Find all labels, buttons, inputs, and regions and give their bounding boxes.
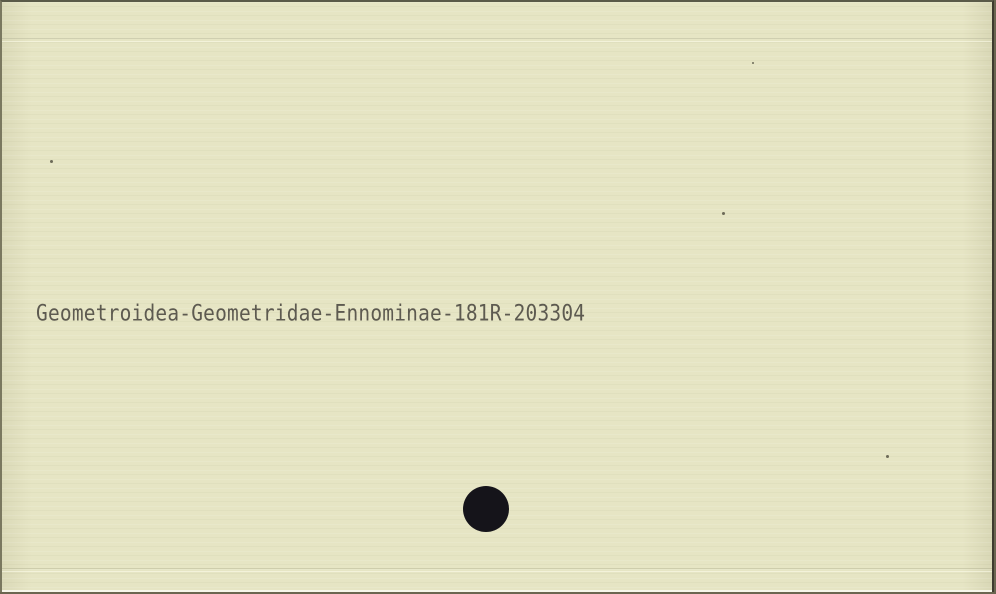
ruled-line — [2, 38, 992, 39]
taxonomy-label: Geometroidea-Geometridae-Ennominae-181R-… — [36, 300, 585, 326]
index-card: Geometroidea-Geometridae-Ennominae-181R-… — [0, 0, 994, 592]
paper-speck — [752, 62, 754, 64]
ruled-line — [2, 568, 992, 569]
ruled-line — [2, 41, 992, 42]
ruled-line — [2, 571, 992, 572]
card-bottom-edge — [2, 590, 992, 592]
paper-speck — [722, 212, 725, 215]
paper-speck — [50, 160, 53, 163]
punch-hole-icon — [463, 486, 509, 532]
paper-speck — [886, 455, 889, 458]
